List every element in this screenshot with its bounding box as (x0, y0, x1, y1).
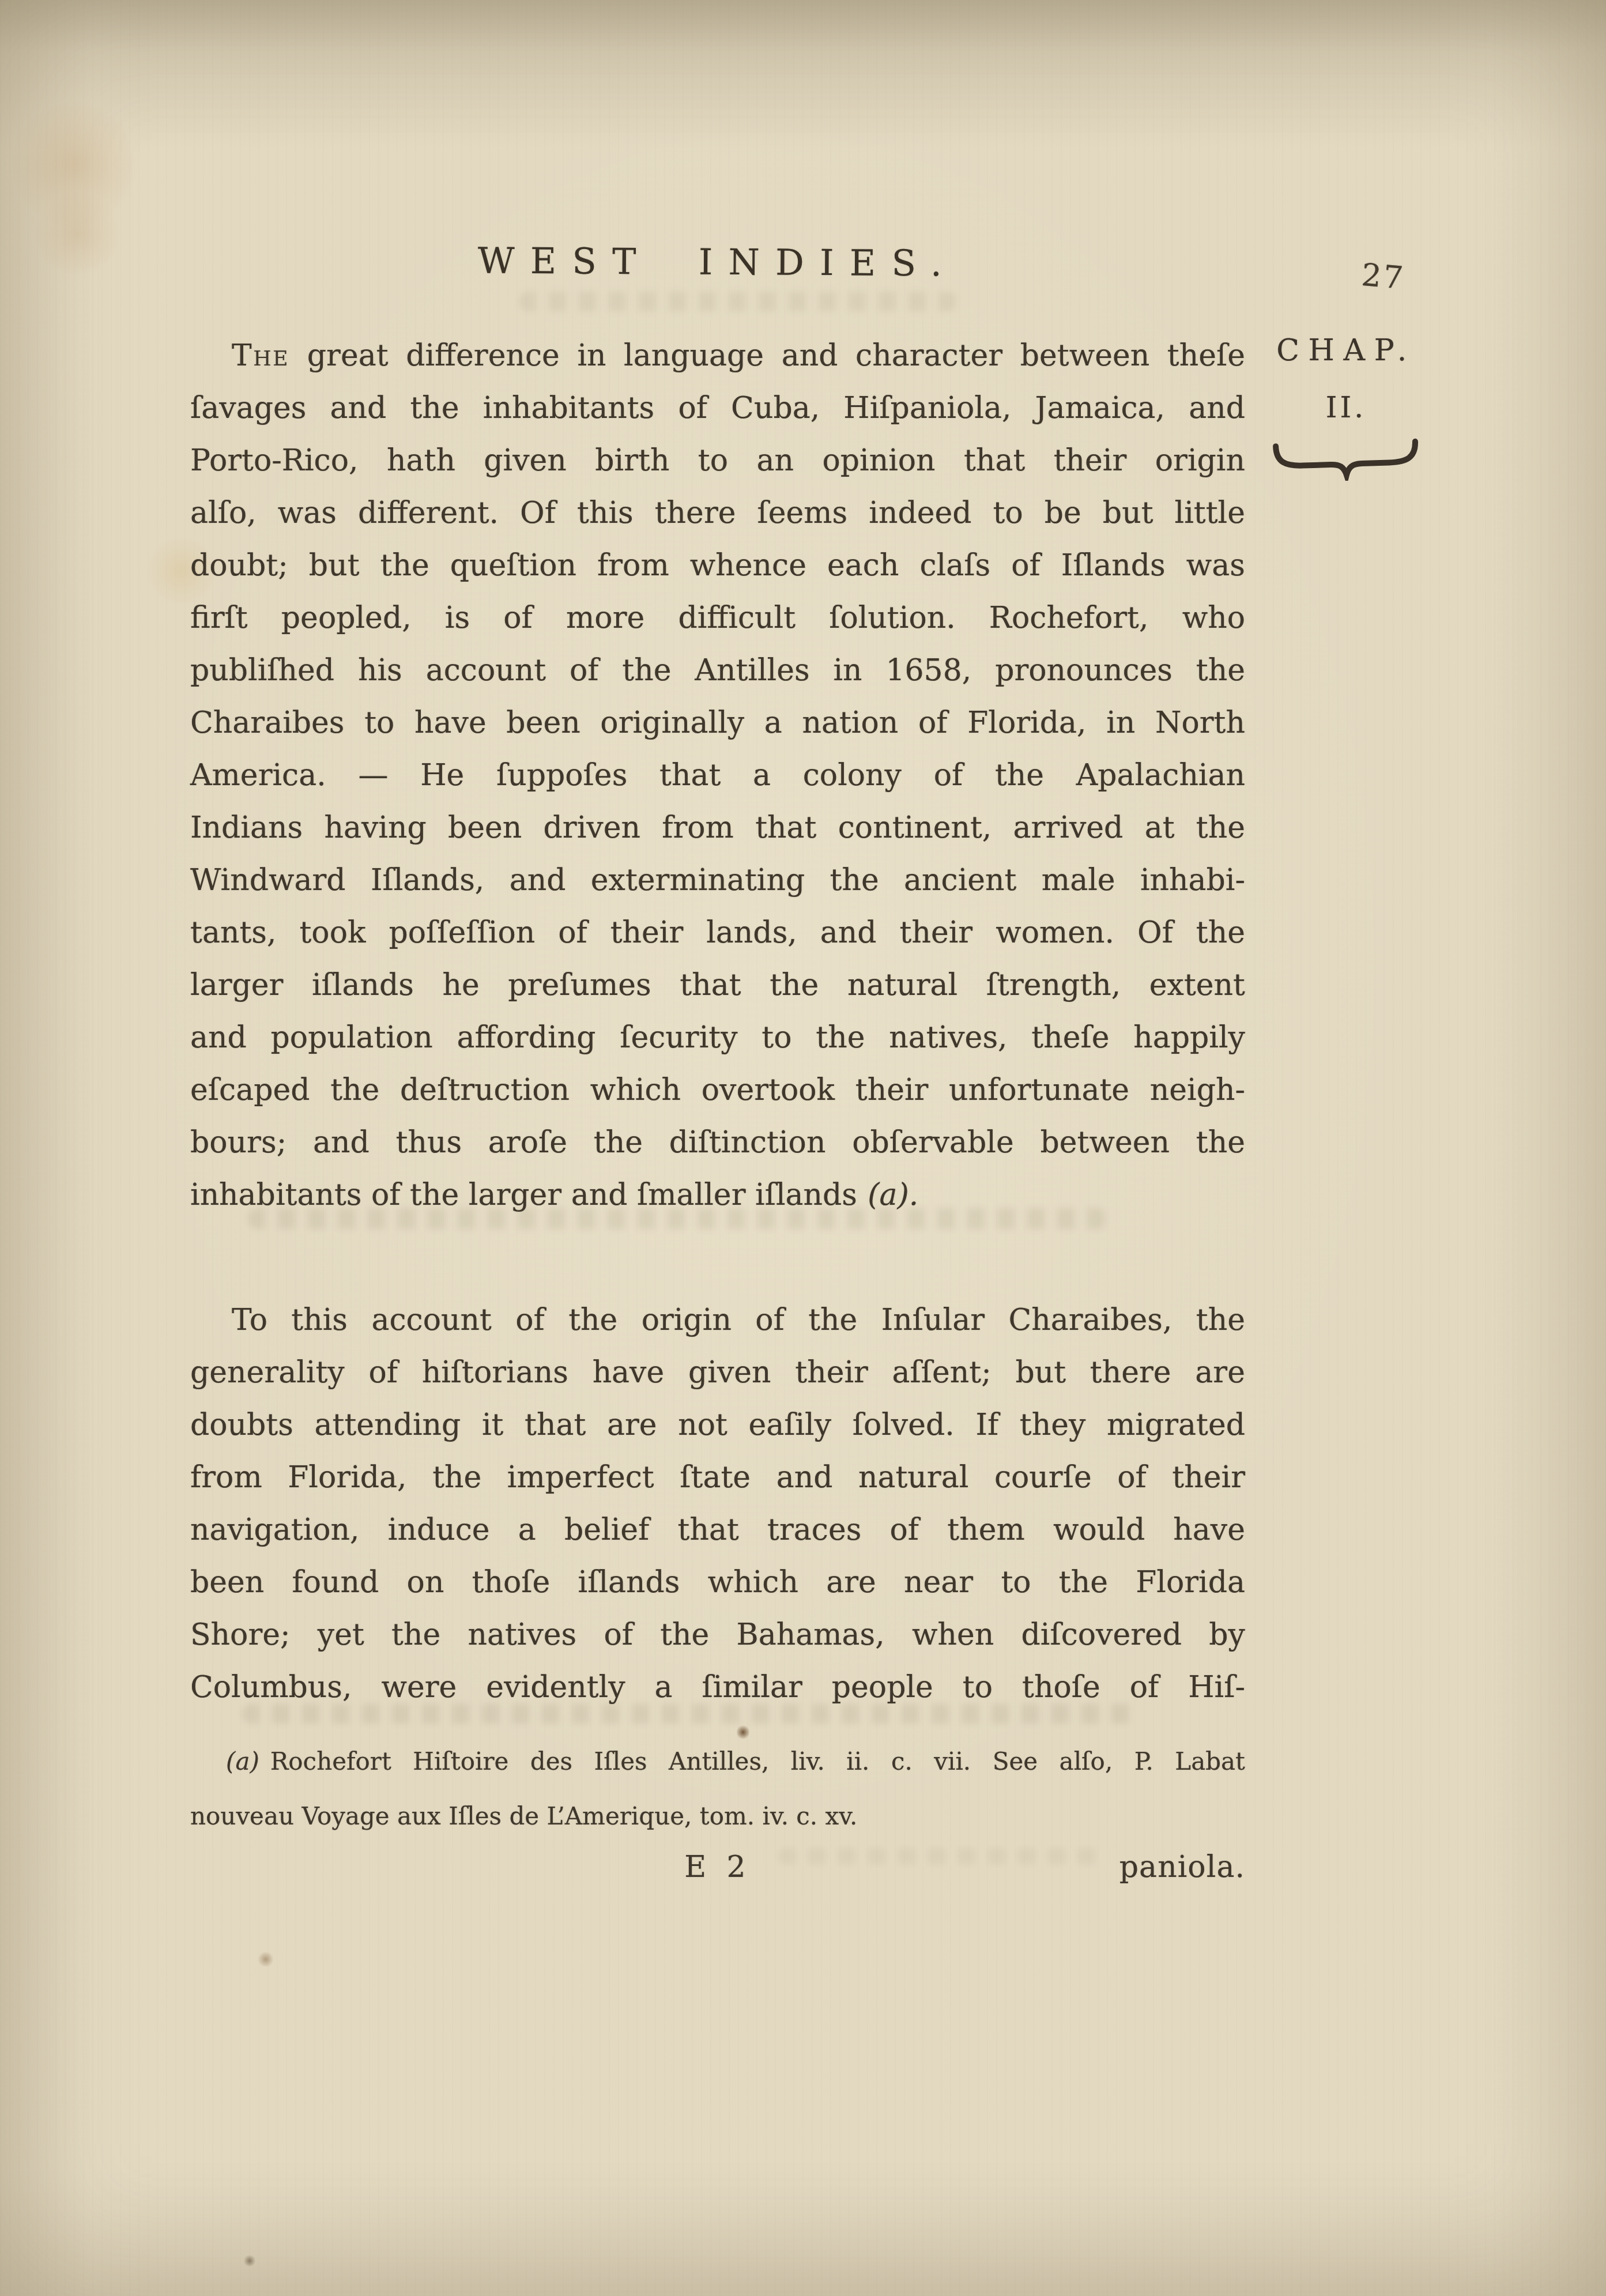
page-number: 27 (1360, 257, 1406, 296)
body-line: America. — He ſuppoſes that a colony of … (190, 749, 1245, 802)
body-line: Shore; yet the natives of the Bahamas, w… (190, 1609, 1245, 1661)
stain (12, 98, 138, 231)
footnote-line-text: Rochefort Hiſtoire des Iſles Antilles, l… (270, 1747, 1245, 1775)
body-line: eſcaped the deſtruction which overtook t… (190, 1064, 1245, 1117)
show-through-smudge (519, 292, 957, 311)
body-line: Columbus, were evidently a ſimilar peopl… (190, 1661, 1245, 1714)
paragraph-2: To this account of the origin of the Inſ… (190, 1294, 1245, 1714)
body-line: firſt peopled, is of more difficult ſolu… (190, 592, 1245, 644)
body-line-text: inhabitants of the larger and ſmaller iſ… (190, 1178, 857, 1212)
footnote-marker: (a) (226, 1747, 259, 1775)
catchword: paniola. (1119, 1840, 1245, 1895)
footnote-line: (a)Rochefort Hiſtoire des Iſles Antilles… (190, 1734, 1245, 1789)
body-line: bours; and thus aroſe the diſtinction ob… (190, 1117, 1245, 1169)
stain (243, 2255, 256, 2267)
body-line: navigation, induce a belief that traces … (190, 1504, 1245, 1556)
body-line: Porto-Rico, hath given birth to an opini… (190, 435, 1245, 487)
brace-icon (1270, 436, 1422, 483)
body-line: from Florida, the imperfect ſtate and na… (190, 1452, 1245, 1504)
footnote: (a)Rochefort Hiſtoire des Iſles Antilles… (190, 1734, 1245, 1843)
body-line: and population affording ſecurity to the… (190, 1012, 1245, 1064)
body-line: Charaibes to have been originally a nati… (190, 697, 1245, 749)
running-head: WEST INDIES. (190, 237, 1245, 286)
sidenote-chapter-number: II. (1265, 391, 1427, 424)
body-line: doubt; but the queſtion from whence each… (190, 540, 1245, 592)
stain (257, 1952, 274, 1967)
footnote-reference-marker: (a). (868, 1178, 918, 1212)
body-line-text: great difference in language and charact… (307, 338, 1245, 373)
signature-mark: E 2 (190, 1840, 1245, 1895)
stain (35, 190, 121, 277)
body-line: generality of hiſtorians have given thei… (190, 1347, 1245, 1399)
body-line: The great difference in language and cha… (190, 330, 1245, 382)
body-line: Windward Iſlands, and exterminating the … (190, 854, 1245, 907)
signature-row: E 2 paniola. (190, 1840, 1245, 1895)
body-line: alſo, was different. Of this there ſeems… (190, 487, 1245, 540)
paragraph-lead-word: The (232, 338, 289, 373)
body-line: been found on thoſe iſlands which are ne… (190, 1556, 1245, 1609)
body-line: larger iſlands he preſumes that the natu… (190, 959, 1245, 1012)
book-page-scan: WEST INDIES. 27 CHAP. II. The great diff… (0, 0, 1606, 2296)
body-line: publiſhed his account of the Antilles in… (190, 644, 1245, 697)
sidenote-chapter: CHAP. II. (1265, 333, 1427, 481)
body-line: To this account of the origin of the Inſ… (190, 1294, 1245, 1347)
body-line: Indians having been driven from that con… (190, 802, 1245, 854)
footnote-line: nouveau Voyage aux Iſles de L’Amerique, … (190, 1789, 1245, 1843)
sidenote-chapter-label: CHAP. (1265, 333, 1427, 368)
body-line: doubts attending it that are not eaſily … (190, 1399, 1245, 1452)
body-line: tants, took poſſeſſion of their lands, a… (190, 907, 1245, 959)
body-line: inhabitants of the larger and ſmaller iſ… (190, 1169, 1245, 1221)
paragraph-1: The great difference in language and cha… (190, 330, 1245, 1221)
body-line: ſavages and the inhabitants of Cuba, Hiſ… (190, 382, 1245, 435)
